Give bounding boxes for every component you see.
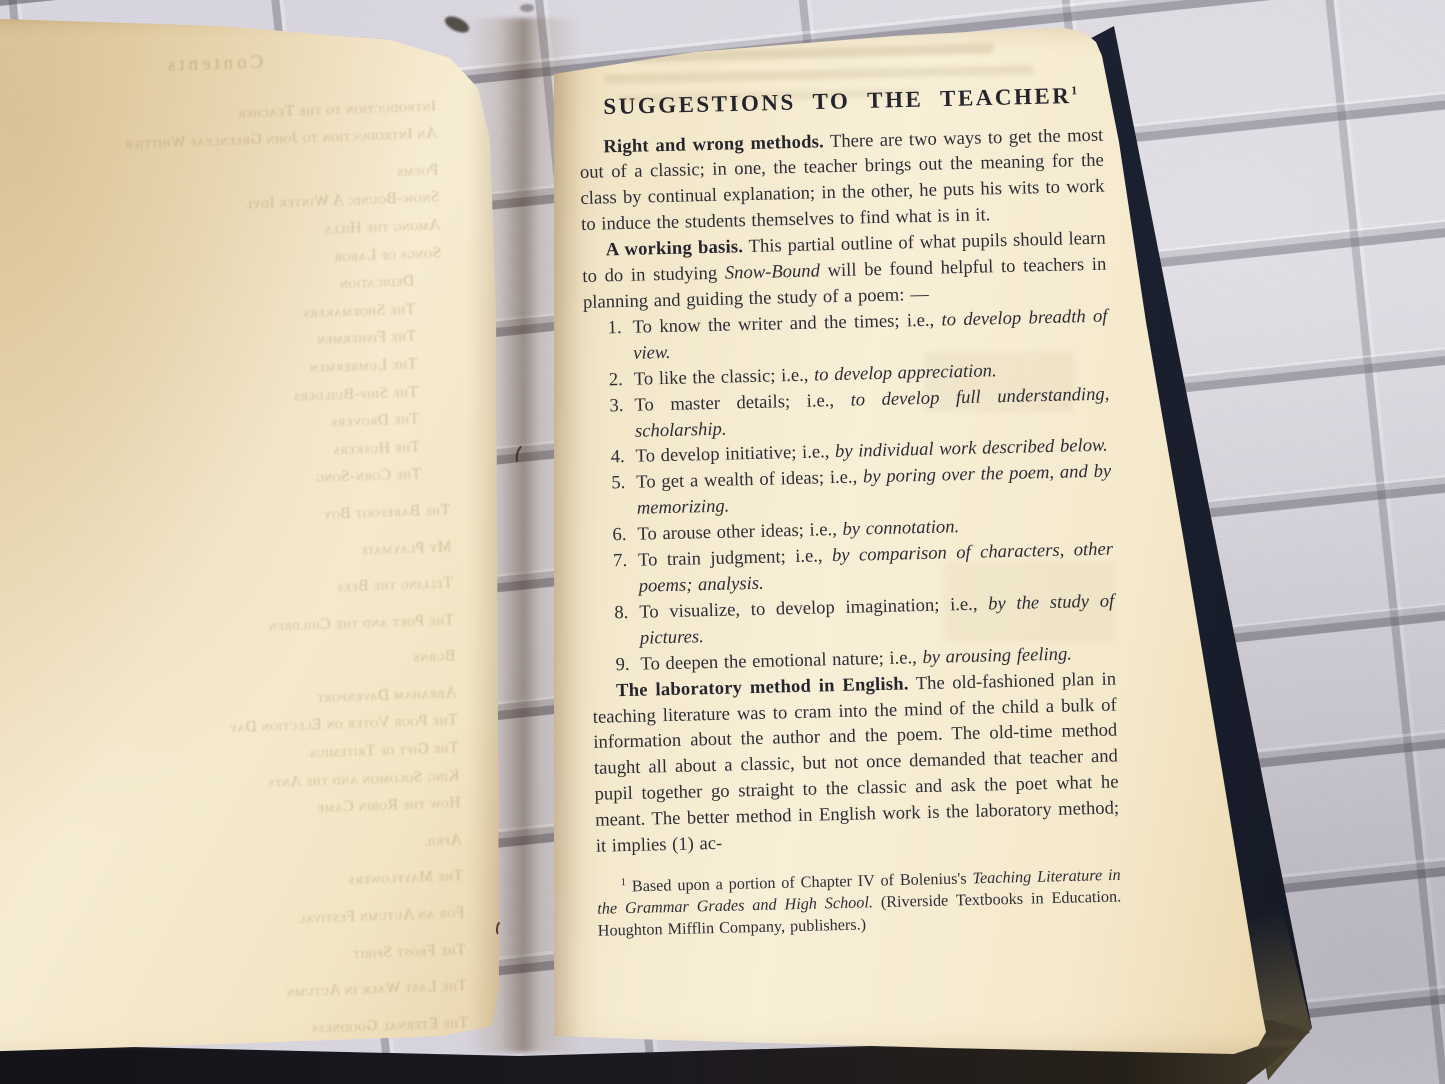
shadow-speck	[520, 4, 534, 12]
list-text: To arouse other ideas; i.e.,	[637, 519, 843, 545]
contents-showthrough: Contents Introduction to the Teacher An …	[0, 43, 470, 1084]
list-italic: to develop appreciation.	[814, 360, 997, 385]
list-text: To train judgment; i.e.,	[638, 545, 832, 571]
paragraph-lead: A working basis.	[606, 236, 744, 260]
italic-title: Snow-Bound	[725, 260, 820, 283]
list-text: To master details; i.e.,	[634, 389, 851, 415]
contents-header: Contents	[0, 43, 435, 86]
footnote-marker: 1	[1071, 83, 1077, 97]
list-number: 2.	[591, 366, 635, 393]
toc-item: April	[19, 826, 462, 869]
toc-item: The Last Walk in Autumn	[25, 972, 468, 1015]
paragraph-lead: Right and wrong methods.	[603, 131, 824, 157]
list-number: 6.	[594, 522, 638, 549]
list-text: To develop initiative; i.e.,	[635, 441, 835, 467]
toc-item: The Frost Spirit	[23, 936, 466, 979]
list-italic: by connotation.	[842, 516, 959, 540]
list-number: 8.	[596, 600, 640, 653]
gutter-shadow	[468, 18, 580, 1052]
toc-item: Telling the Bees	[11, 569, 454, 612]
list-number: 9.	[597, 651, 641, 678]
list-number: 5.	[593, 470, 637, 523]
page-text: SUGGESTIONS TO THE TEACHER1 Right and wr…	[578, 78, 1122, 943]
toc-item: For an Autumn Festival	[22, 899, 465, 942]
contents-list: Introduction to the Teacher An Introduct…	[0, 92, 470, 1084]
list-italic: by individual work described below.	[835, 435, 1108, 462]
paragraph-laboratory-method: The laboratory method in English. The ol…	[592, 666, 1120, 860]
paragraph-working-basis: A working basis. This partial outline of…	[581, 226, 1107, 316]
paragraph-right-and-wrong: Right and wrong methods. There are two w…	[579, 122, 1105, 238]
list-text: To deepen the emotional nature; i.e.,	[640, 647, 922, 675]
book-photo-scene: Contents Introduction to the Teacher An …	[0, 0, 1445, 1084]
list-text: To visualize, to develop imagination; i.…	[639, 593, 988, 622]
list-number: 3.	[591, 392, 635, 445]
numbered-list: 1.To know the writer and the times; i.e.…	[583, 303, 1115, 678]
list-number: 4.	[592, 444, 636, 471]
toc-item: Burns	[13, 643, 456, 686]
page-title-text: SUGGESTIONS TO THE TEACHER	[603, 83, 1071, 119]
toc-item: The Mayflowers	[21, 863, 464, 906]
list-text: To know the writer and the times; i.e.,	[632, 309, 941, 337]
left-page: Contents Introduction to the Teacher An …	[0, 10, 530, 1056]
footnote: 1 Based upon a portion of Chapter IV of …	[596, 860, 1121, 942]
list-text: To get a wealth of ideas; i.e.,	[636, 467, 863, 493]
list-text: To like the classic; i.e.,	[634, 364, 815, 389]
toc-item: The Poet and the Children	[12, 606, 455, 649]
toc-item: My Playmate	[9, 533, 452, 576]
list-italic: by arousing feeling.	[922, 643, 1072, 668]
list-number: 1.	[589, 315, 633, 368]
list-number: 7.	[595, 548, 639, 601]
page-title: SUGGESTIONS TO THE TEACHER1	[578, 78, 1103, 121]
paragraph-lead: The laboratory method in English.	[616, 673, 909, 701]
toc-item: The Barefoot Boy	[8, 496, 451, 539]
